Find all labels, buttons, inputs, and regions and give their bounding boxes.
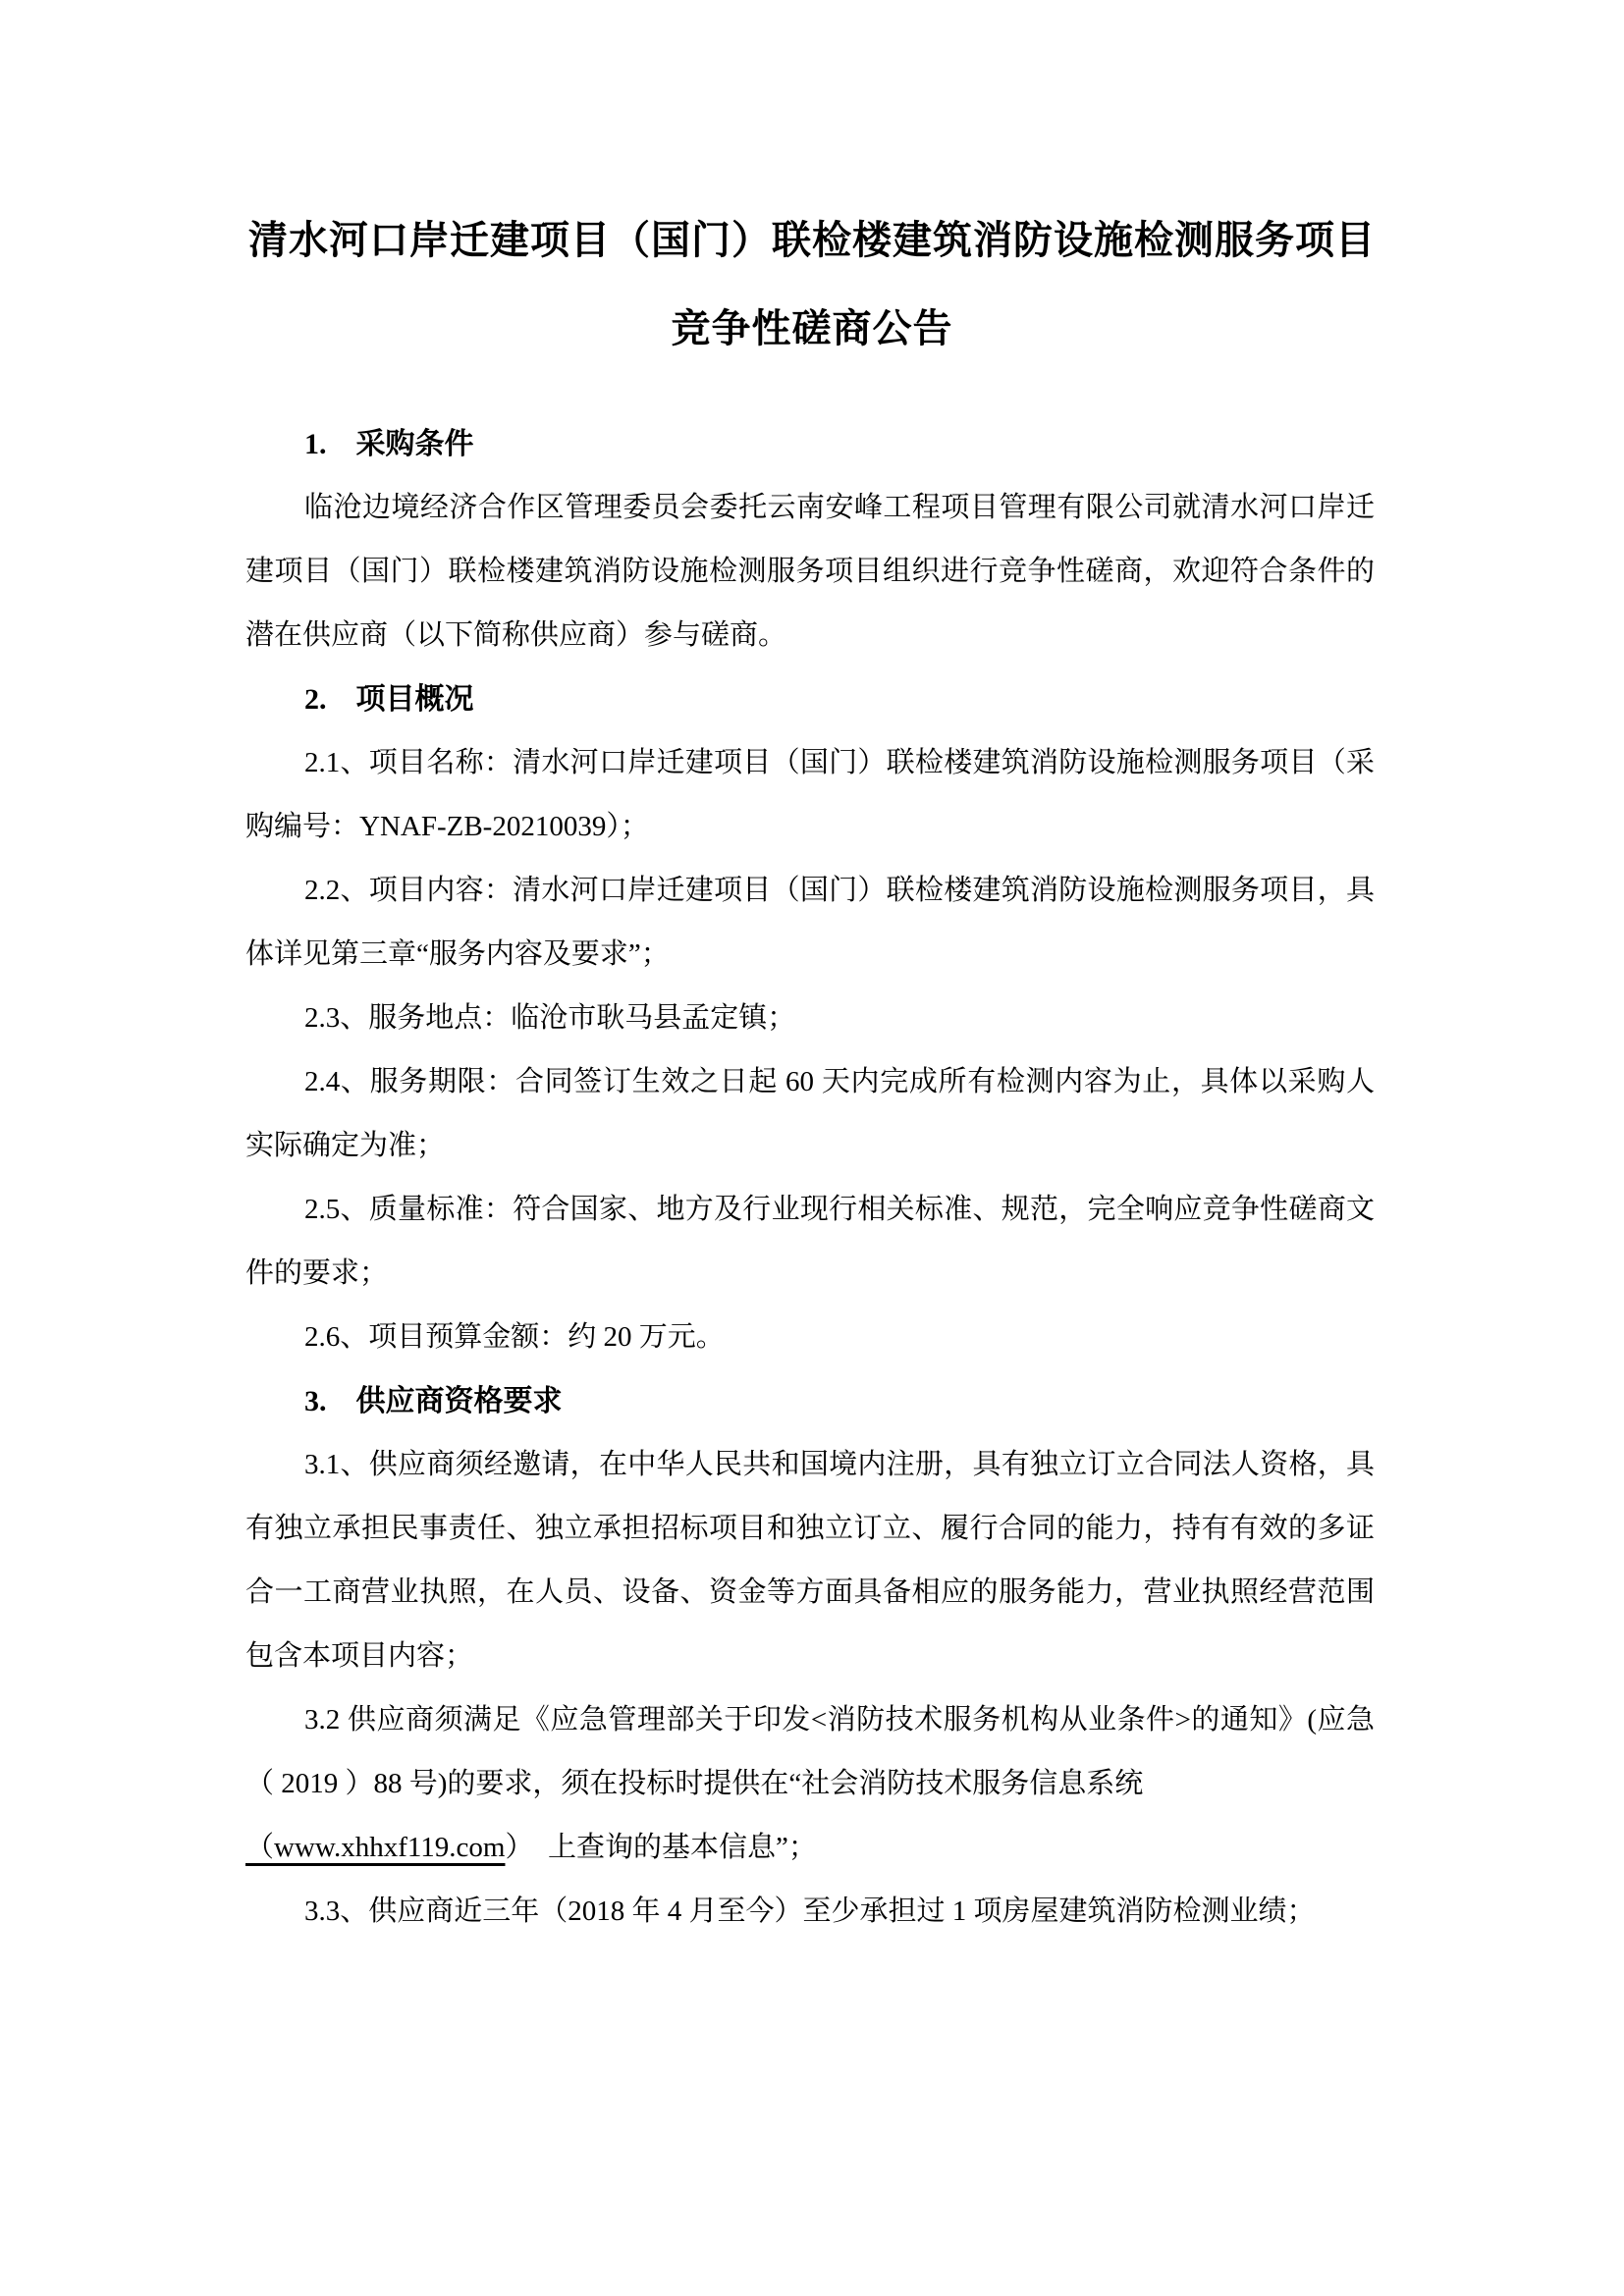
text-segment: 包含本项目内容； [245,1640,473,1672]
text-line: 2.4、服务期限：合同签订生效之日起 60 天内完成所有检测内容为止，具体以采购… [245,1050,1375,1114]
text-line: 潜在供应商（以下简称供应商）参与磋商。 [245,604,1375,667]
text-segment: 建项目（国门）联检楼建筑消防设施检测服务项目组织进行竞争性磋商，欢迎符合条件的 [245,556,1375,587]
text-line: （www.xhhxf119.com） 上查询的基本信息”； [245,1816,1375,1880]
text-line: 2.6、项目预算金额：约 20 万元。 [245,1306,1375,1369]
document-page: 清水河口岸迁建项目（国门）联检楼建筑消防设施检测服务项目 竞争性磋商公告 1. … [0,0,1624,2296]
text-segment: 购编号：YNAF-ZB-20210039）； [245,811,649,842]
text-line: 3.2 供应商须满足《应急管理部关于印发<消防技术服务机构从业条件>的通知》(应… [245,1688,1375,1752]
text-line: 包含本项目内容； [245,1625,1375,1688]
text-line: 有独立承担民事责任、独立承担招标项目和独立订立、履行合同的能力，持有有效的多证 [245,1497,1375,1561]
text-segment: 件的要求； [245,1257,388,1289]
text-segment: 2.1、项目名称：清水河口岸迁建项目（国门）联检楼建筑消防设施检测服务项目（采 [304,747,1375,778]
section-heading: 3. 供应商资格要求 [245,1369,1375,1433]
text-segment: ） 上查询的基本信息”； [505,1832,816,1863]
text-line: 2.2、项目内容：清水河口岸迁建项目（国门）联检楼建筑消防设施检测服务项目，具 [245,859,1375,923]
section-heading: 2. 项目概况 [245,667,1375,731]
url-link[interactable]: （www.xhhxf119.com [245,1832,505,1863]
document-body: 1. 采购条件临沧边境经济合作区管理委员会委托云南安峰工程项目管理有限公司就清水… [245,412,1375,1944]
text-segment: 3.3、供应商近三年（2018 年 4 月至今）至少承担过 1 项房屋建筑消防检… [304,1896,1316,1927]
text-segment: 3.2 供应商须满足《应急管理部关于印发<消防技术服务机构从业条件>的通知》(应… [304,1704,1375,1735]
text-line: 件的要求； [245,1242,1375,1306]
text-line: 建项目（国门）联检楼建筑消防设施检测服务项目组织进行竞争性磋商，欢迎符合条件的 [245,540,1375,604]
text-line: 合一工商营业执照，在人员、设备、资金等方面具备相应的服务能力，营业执照经营范围 [245,1561,1375,1625]
text-line: 体详见第三章“服务内容及要求”； [245,923,1375,987]
text-segment: 合一工商营业执照，在人员、设备、资金等方面具备相应的服务能力，营业执照经营范围 [245,1576,1375,1608]
text-segment: 3.1、供应商须经邀请，在中华人民共和国境内注册，具有独立订立合同法人资格，具 [304,1449,1375,1480]
text-line: 3.1、供应商须经邀请，在中华人民共和国境内注册，具有独立订立合同法人资格，具 [245,1433,1375,1497]
document-title-line-1: 清水河口岸迁建项目（国门）联检楼建筑消防设施检测服务项目 [0,196,1624,285]
document-title-line-2: 竞争性磋商公告 [0,285,1624,373]
text-segment: 有独立承担民事责任、独立承担招标项目和独立订立、履行合同的能力，持有有效的多证 [245,1513,1375,1544]
text-line: 2.1、项目名称：清水河口岸迁建项目（国门）联检楼建筑消防设施检测服务项目（采 [245,731,1375,795]
text-line: 临沧边境经济合作区管理委员会委托云南安峰工程项目管理有限公司就清水河口岸迁 [245,476,1375,540]
text-segment: 3. 供应商资格要求 [304,1385,563,1417]
text-line: 2.5、质量标准：符合国家、地方及行业现行相关标准、规范，完全响应竞争性磋商文 [245,1178,1375,1242]
text-segment: 2.2、项目内容：清水河口岸迁建项目（国门）联检楼建筑消防设施检测服务项目，具 [304,875,1375,906]
text-segment: 2.4、服务期限：合同签订生效之日起 60 天内完成所有检测内容为止，具体以采购… [304,1066,1375,1097]
text-line: 实际确定为准； [245,1114,1375,1178]
text-segment: 2.6、项目预算金额：约 20 万元。 [304,1321,725,1353]
text-line: （ 2019 ）88 号)的要求，须在投标时提供在“社会消防技术服务信息系统 [245,1752,1375,1816]
text-segment: 2.5、质量标准：符合国家、地方及行业现行相关标准、规范，完全响应竞争性磋商文 [304,1194,1375,1225]
text-segment: 体详见第三章“服务内容及要求”； [245,938,670,970]
text-segment: 2. 项目概况 [304,683,474,716]
text-segment: （ 2019 ）88 号)的要求，须在投标时提供在“社会消防技术服务信息系统 [245,1768,1143,1799]
text-line: 购编号：YNAF-ZB-20210039）； [245,795,1375,859]
document-title: 清水河口岸迁建项目（国门）联检楼建筑消防设施检测服务项目 竞争性磋商公告 [0,196,1624,373]
text-segment: 潜在供应商（以下简称供应商）参与磋商。 [245,619,786,651]
text-segment: 临沧边境经济合作区管理委员会委托云南安峰工程项目管理有限公司就清水河口岸迁 [304,492,1375,523]
text-segment: 1. 采购条件 [304,428,474,460]
text-segment: 实际确定为准； [245,1130,445,1161]
text-line: 3.3、供应商近三年（2018 年 4 月至今）至少承担过 1 项房屋建筑消防检… [245,1880,1375,1944]
text-segment: 2.3、服务地点：临沧市耿马县孟定镇； [304,1002,795,1034]
text-line: 2.3、服务地点：临沧市耿马县孟定镇； [245,987,1375,1050]
section-heading: 1. 采购条件 [245,412,1375,476]
